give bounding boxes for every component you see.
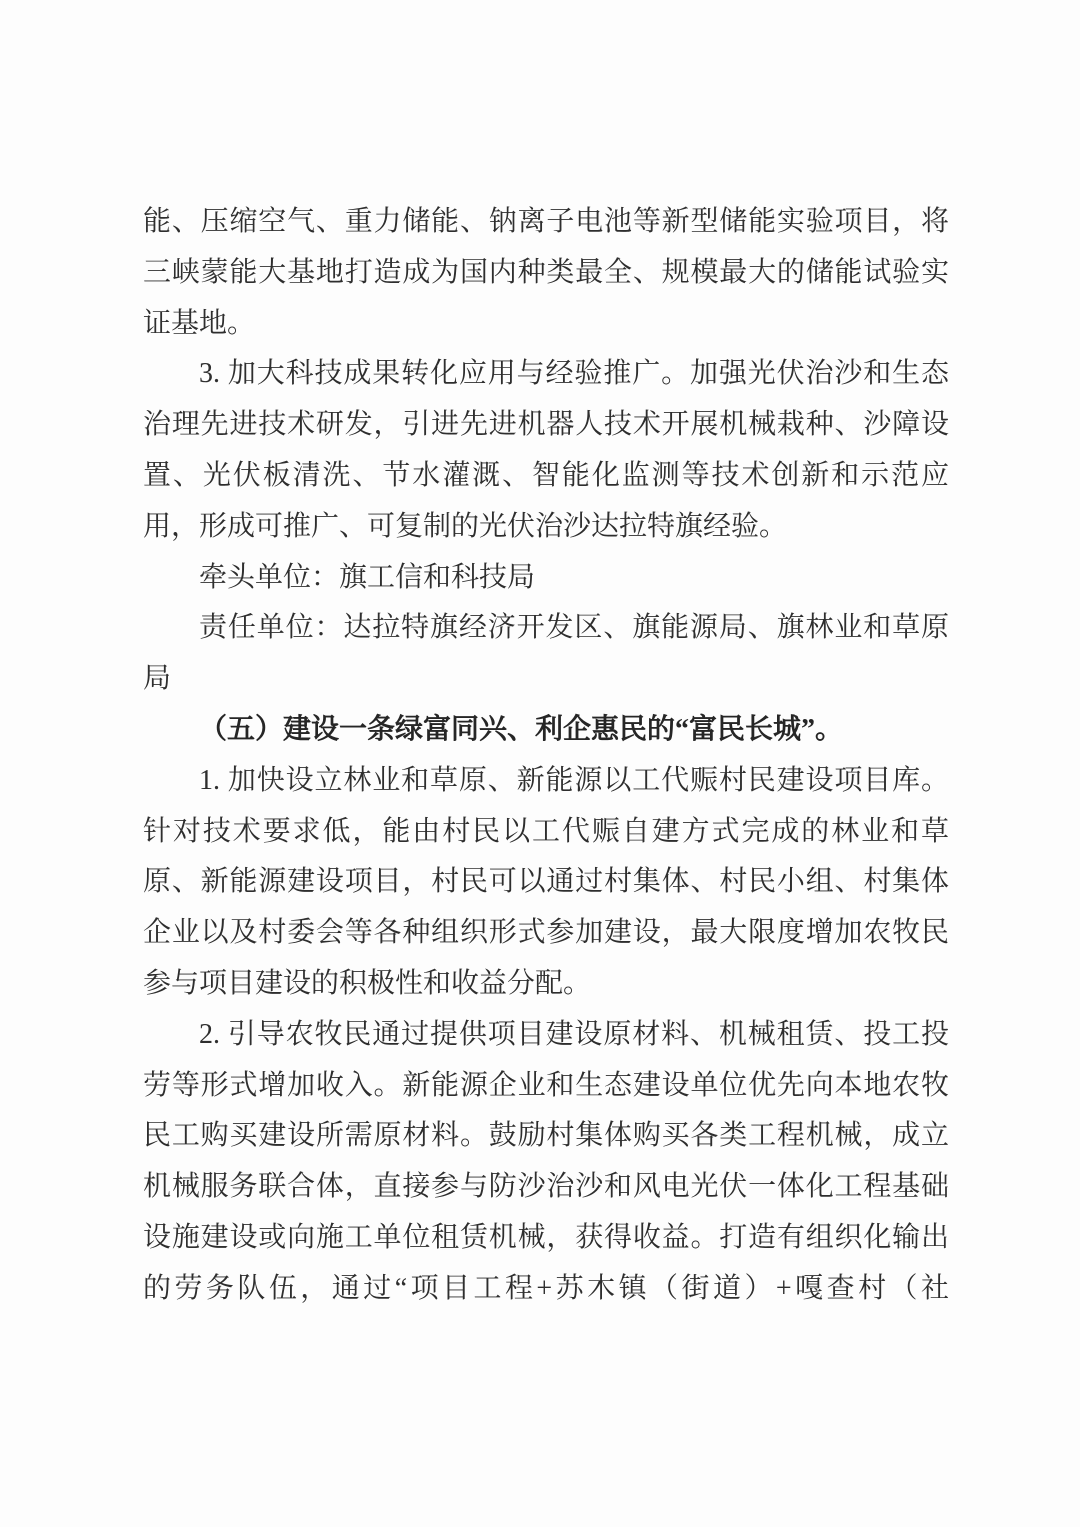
- text-line: 原、新能源建设项目，村民可以通过村集体、村民小组、村集体: [143, 857, 949, 908]
- responsible-unit-line: 责任单位：达拉特旗经济开发区、旗能源局、旗林业和草原: [143, 603, 949, 654]
- text-line: 3. 加大科技成果转化应用与经验推广。加强光伏治沙和生态: [143, 349, 949, 400]
- text-line: 参与项目建设的积极性和收益分配。: [143, 959, 949, 1010]
- text-line: 治理先进技术研发，引进先进机器人技术开展机械栽种、沙障设: [143, 400, 949, 451]
- text-line: 机械服务联合体，直接参与防沙治沙和风电光伏一体化工程基础: [143, 1162, 949, 1213]
- section-heading: （五）建设一条绿富同兴、利企惠民的“富民长城”。: [143, 705, 949, 756]
- text-line: 置、光伏板清洗、节水灌溉、智能化监测等技术创新和示范应: [143, 451, 949, 502]
- text-line: 用，形成可推广、可复制的光伏治沙达拉特旗经验。: [143, 502, 949, 553]
- text-line: 针对技术要求低，能由村民以工代赈自建方式完成的林业和草: [143, 807, 949, 858]
- lead-unit-line: 牵头单位：旗工信和科技局: [143, 553, 949, 604]
- text-line: 设施建设或向施工单位租赁机械，获得收益。打造有组织化输出: [143, 1213, 949, 1264]
- text-line: 证基地。: [143, 299, 949, 350]
- responsible-unit-line: 局: [143, 654, 949, 705]
- text-line: 能、压缩空气、重力储能、钠离子电池等新型储能实验项目，将: [143, 197, 949, 248]
- text-line: 2. 引导农牧民通过提供项目建设原材料、机械租赁、投工投: [143, 1010, 949, 1061]
- text-line: 劳等形式增加收入。新能源企业和生态建设单位优先向本地农牧: [143, 1061, 949, 1112]
- text-line: 的劳务队伍，通过“项目工程+苏木镇（街道）+嘎查村（社: [143, 1264, 949, 1315]
- text-line: 三峡蒙能大基地打造成为国内种类最全、规模最大的储能试验实: [143, 248, 949, 299]
- text-line: 1. 加快设立林业和草原、新能源以工代赈村民建设项目库。: [143, 756, 949, 807]
- document-text-block: 能、压缩空气、重力储能、钠离子电池等新型储能实验项目，将 三峡蒙能大基地打造成为…: [143, 197, 949, 1315]
- text-line: 民工购买建设所需原材料。鼓励村集体购买各类工程机械，成立: [143, 1111, 949, 1162]
- text-line: 企业以及村委会等各种组织形式参加建设，最大限度增加农牧民: [143, 908, 949, 959]
- document-page: 能、压缩空气、重力储能、钠离子电池等新型储能实验项目，将 三峡蒙能大基地打造成为…: [0, 0, 1080, 1527]
